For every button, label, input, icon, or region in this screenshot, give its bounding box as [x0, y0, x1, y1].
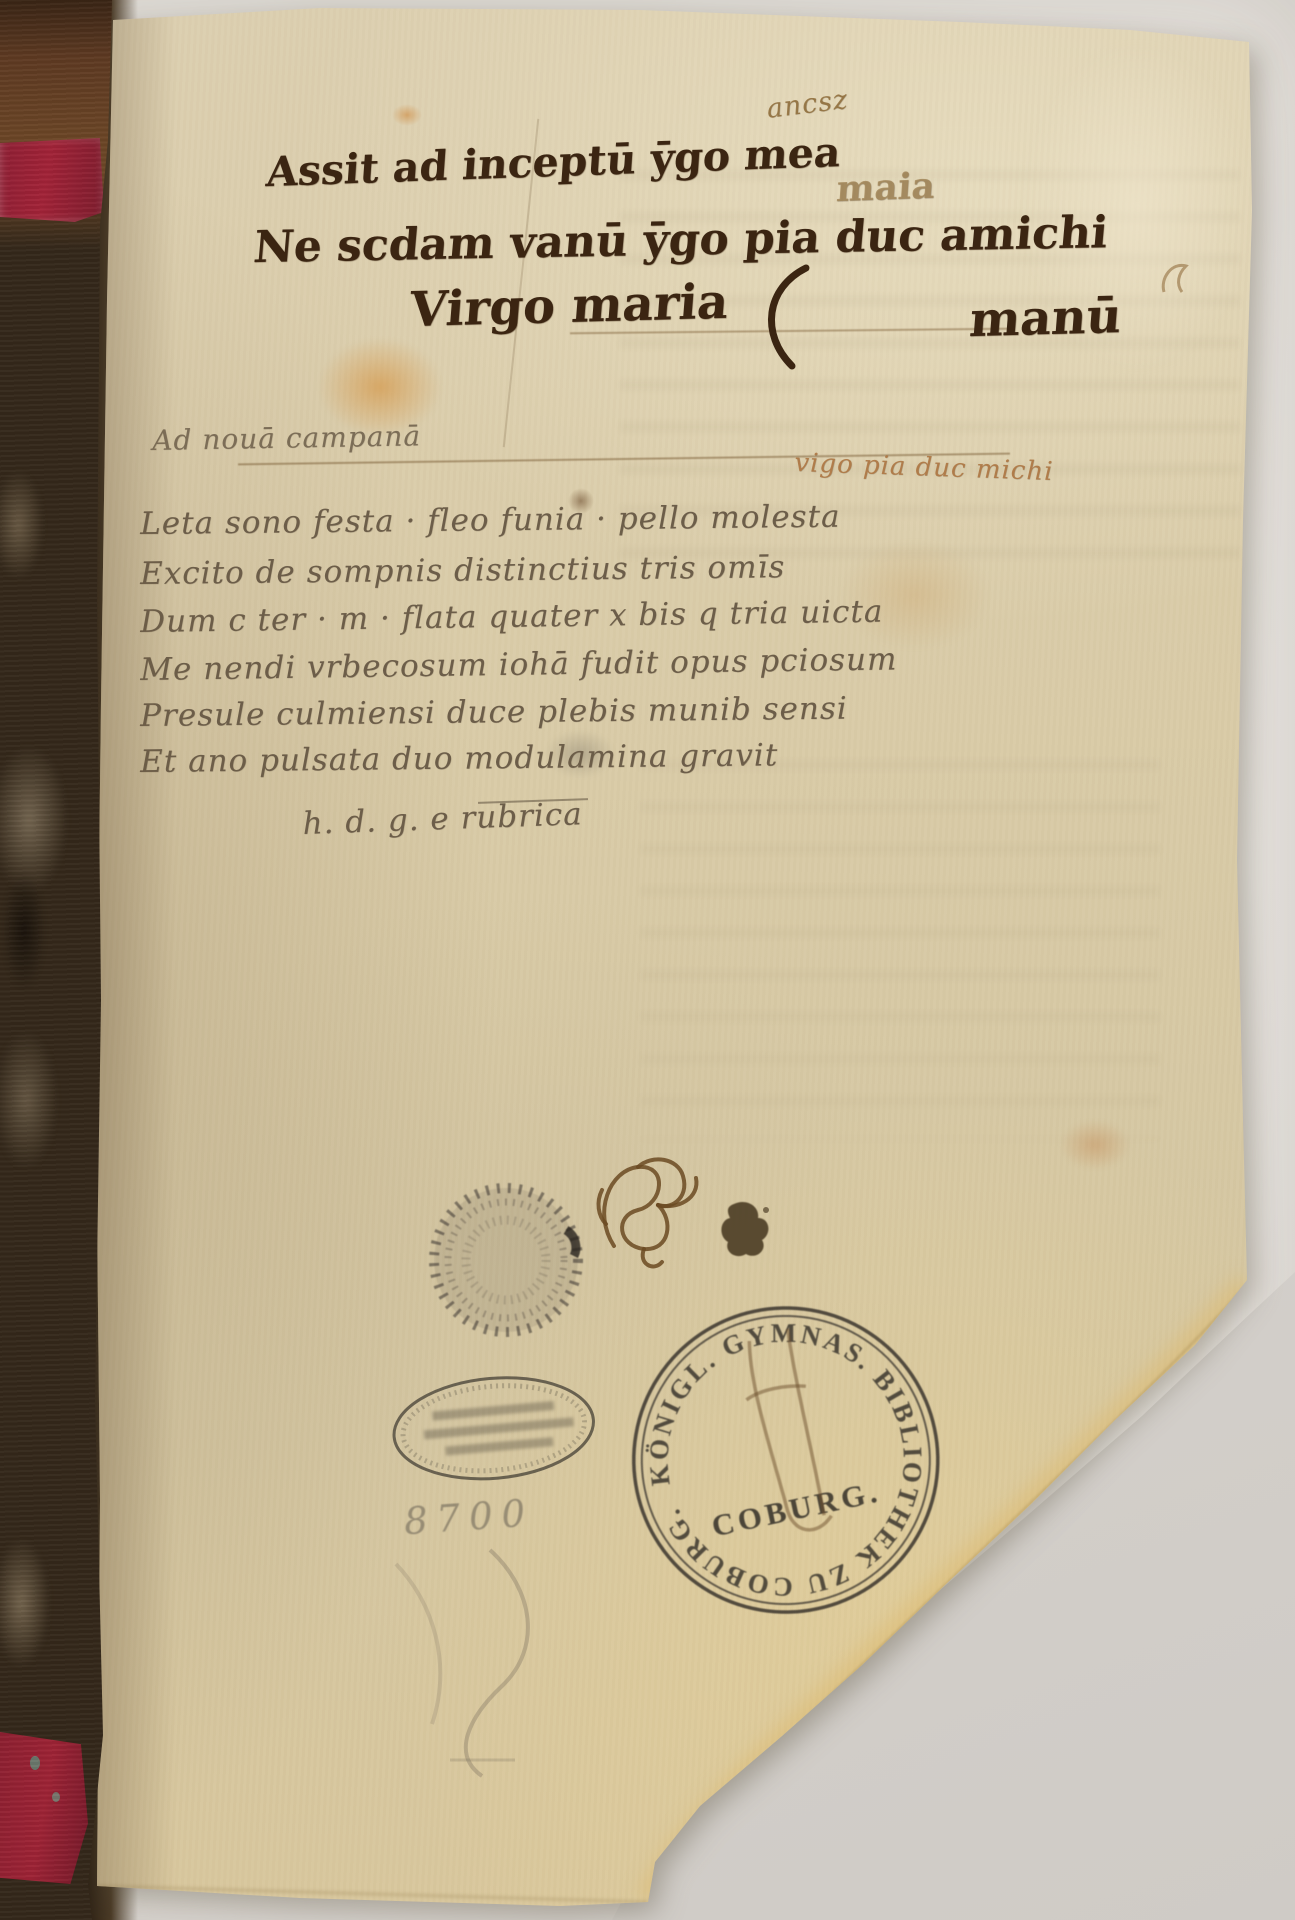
svg-text:KÖNIGL. GYMNAS. BIBLIOTHEK ZU: KÖNIGL. GYMNAS. BIBLIOTHEK ZU COBURG. — [617, 1291, 955, 1628]
pen-flourish-bracket — [748, 262, 818, 372]
pen-trial-monogram — [582, 1150, 727, 1280]
library-stamp-ring-text: KÖNIGL. GYMNAS. BIBLIOTHEK ZU COBURG. — [617, 1291, 955, 1628]
verse-line-2: Excito de sompnis distinctius tris omīs — [140, 549, 786, 592]
invocation-line-3b: manū — [968, 288, 1124, 348]
invocation-line-1-faded: maia — [835, 165, 936, 211]
manuscript-photo: ancsz Assit ad inceptū ȳgo mea maia Ne s… — [0, 0, 1295, 1920]
ink-blot-doodle — [716, 1196, 774, 1262]
parchment-surface: ancsz Assit ad inceptū ȳgo mea maia Ne s… — [0, 0, 1295, 1920]
oval-stamp — [377, 1358, 617, 1504]
verse-line-1: Leta sono festa · fleo funia · pello mol… — [140, 499, 841, 542]
page-gutter-shading — [96, 0, 176, 1920]
rubric-left: Ad nouā campanā — [152, 419, 421, 457]
invocation-line-3a: Virgo maria — [408, 274, 731, 338]
verse-line-5: Presule culmiensi duce plebis munib sens… — [140, 691, 848, 734]
flourish-after-line-2 — [1158, 258, 1194, 298]
blotted-round-stamp — [420, 1178, 592, 1346]
parchment-leaf: ancsz Assit ad inceptū ȳgo mea maia Ne s… — [0, 0, 1295, 1920]
verse-line-6: Et ano pulsata duo modulamina gravit — [140, 737, 778, 780]
library-stamp-center-text: COBURG. — [708, 1473, 883, 1543]
library-stamp: KÖNIGL. GYMNAS. BIBLIOTHEK ZU COBURG. CO… — [595, 1268, 978, 1654]
pencil-flourish — [330, 1520, 590, 1790]
